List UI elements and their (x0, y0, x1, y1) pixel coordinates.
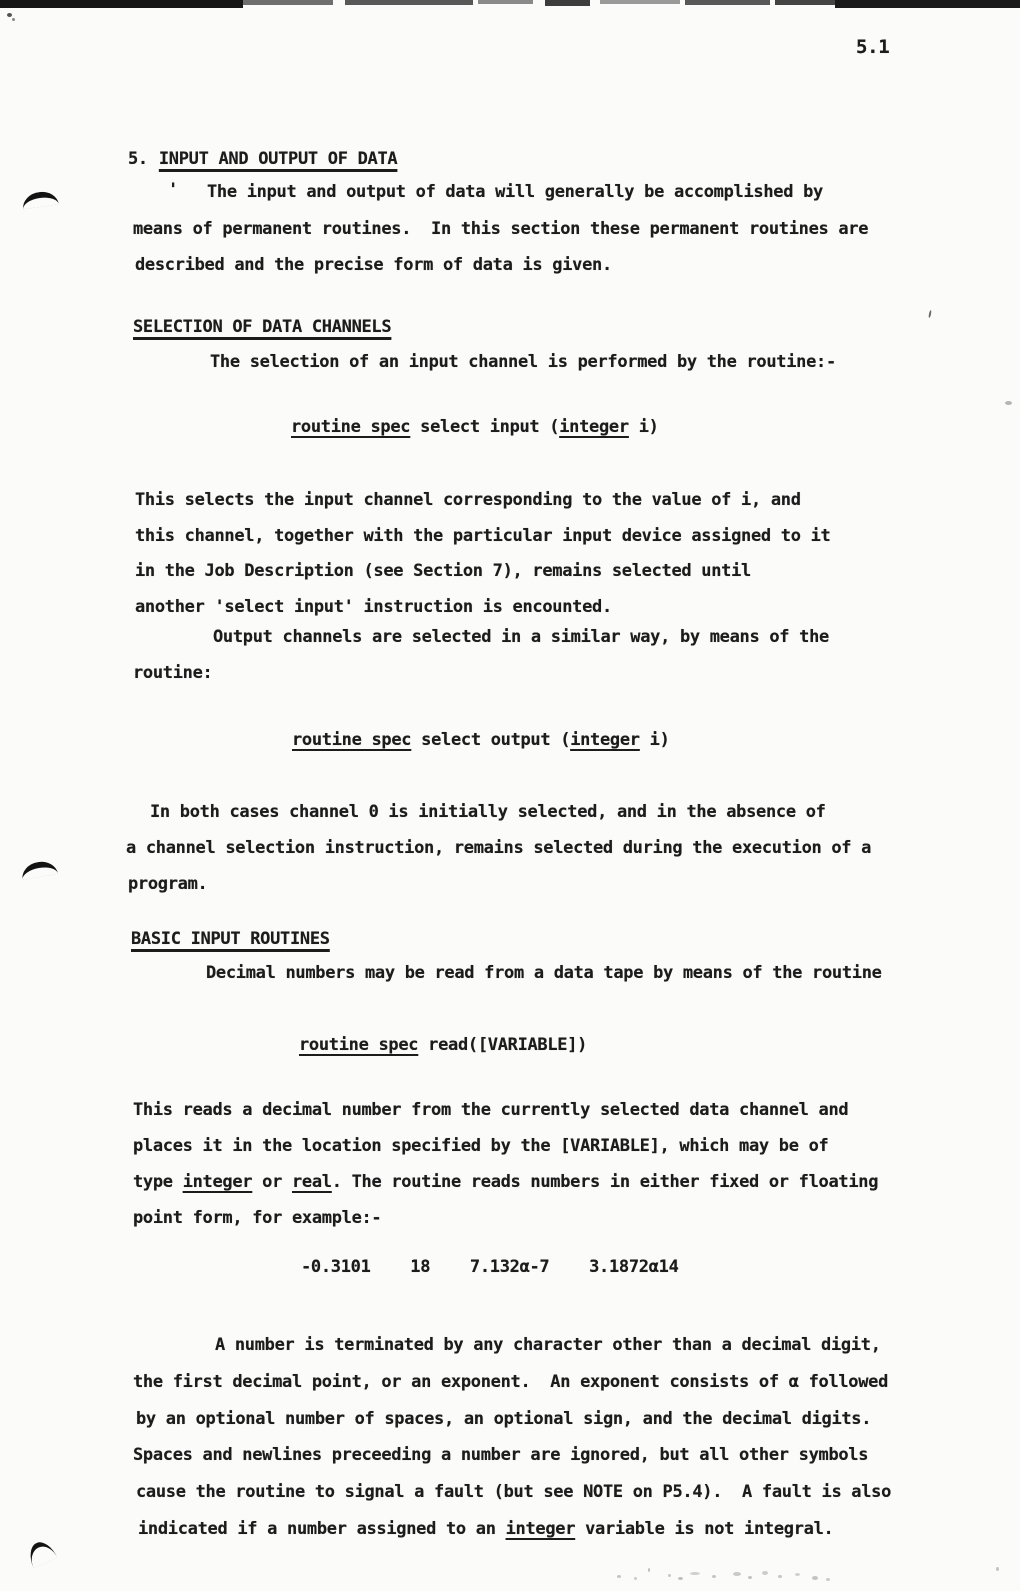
speckle (795, 1573, 800, 1576)
speckle (617, 1575, 621, 1578)
speckle (712, 1575, 716, 1578)
basic-intro: Decimal numbers may be read from a data … (206, 962, 882, 985)
speckle (778, 1575, 782, 1578)
para2-line6: routine: (133, 662, 212, 685)
selection-intro: The selection of an input channel is per… (210, 351, 836, 374)
scan-artifact-segment (775, 0, 835, 5)
scan-artifact-segment (478, 0, 533, 4)
para1-line2: means of permanent routines. In this sec… (133, 218, 868, 241)
speckle (7, 13, 12, 17)
para5-line4: Spaces and newlines preceeding a number … (133, 1444, 868, 1467)
speckle (826, 1578, 830, 1581)
para2-line4: another 'select input' instruction is en… (135, 596, 612, 619)
code-line-select-input: routine spec select input (integer i) (291, 416, 659, 439)
speckle (678, 1577, 683, 1580)
speckle (762, 1571, 768, 1575)
speckle (634, 1577, 637, 1580)
scan-artifact-segment (243, 0, 333, 5)
speckle (748, 1576, 752, 1579)
speckle (996, 1567, 999, 1571)
speckle (733, 1572, 741, 1576)
section-heading-basic-input: BASIC INPUT ROUTINES (131, 928, 330, 951)
speckle (1005, 401, 1012, 405)
para1-line3: described and the precise form of data i… (135, 254, 612, 277)
para2-line2: this channel, together with the particul… (135, 525, 830, 548)
scan-artifact-segment (345, 0, 473, 5)
para3-line1: In both cases channel 0 is initially sel… (150, 801, 826, 824)
speckle (812, 1576, 818, 1580)
para5-line5: cause the routine to signal a fault (but… (136, 1481, 891, 1504)
para3-line2: a channel selection instruction, remains… (126, 837, 871, 860)
para5-line1: A number is terminated by any character … (215, 1334, 881, 1357)
scan-artifact-segment (835, 0, 1020, 8)
heading-number: 5. (128, 149, 148, 169)
para5-line2: the first decimal point, or an exponent.… (133, 1371, 888, 1394)
scanned-document-page: 5.1 5.INPUT AND OUTPUT OF DATA ' The inp… (0, 0, 1020, 1591)
para4-line1: This reads a decimal number from the cur… (133, 1099, 848, 1122)
para2-line3: in the Job Description (see Section 7), … (135, 560, 751, 583)
speckle (668, 1574, 671, 1577)
speckle (928, 310, 932, 318)
pen-mark (20, 859, 58, 880)
code-line-read: routine spec read([VARIABLE]) (299, 1034, 587, 1057)
para5-line6: indicated if a number assigned to an int… (138, 1518, 833, 1541)
scan-artifact-segment (685, 0, 770, 5)
scan-stray-mark: ' (168, 179, 178, 202)
para4-line3: type integer or real. The routine reads … (133, 1171, 878, 1194)
code-line-select-output: routine spec select output (integer i) (292, 729, 670, 752)
page-number: 5.1 (856, 36, 889, 59)
para1-line1: The input and output of data will genera… (207, 181, 823, 204)
section-heading-data-channels: SELECTION OF DATA CHANNELS (133, 316, 391, 339)
para2-line5: Output channels are selected in a simila… (213, 626, 829, 649)
scan-artifact-segment (545, 0, 590, 6)
pen-mark (25, 1538, 58, 1569)
number-examples: -0.3101 18 7.132α-7 3.1872α14 (301, 1256, 679, 1279)
speckle (648, 1568, 650, 1572)
scan-artifact-segment (600, 0, 680, 4)
para5-line3: by an optional number of spaces, an opti… (136, 1408, 871, 1431)
heading-text: INPUT AND OUTPUT OF DATA (159, 149, 397, 169)
speckle (12, 18, 15, 21)
para3-line3: program. (128, 873, 207, 896)
para4-line4: point form, for example:- (133, 1207, 381, 1230)
para2-line1: This selects the input channel correspon… (135, 489, 801, 512)
para4-line2: places it in the location specified by t… (133, 1135, 828, 1158)
scan-artifact-segment (0, 0, 243, 8)
speckle (690, 1572, 700, 1575)
section-heading-input-output: 5.INPUT AND OUTPUT OF DATA (128, 148, 397, 171)
pen-mark (21, 190, 59, 210)
